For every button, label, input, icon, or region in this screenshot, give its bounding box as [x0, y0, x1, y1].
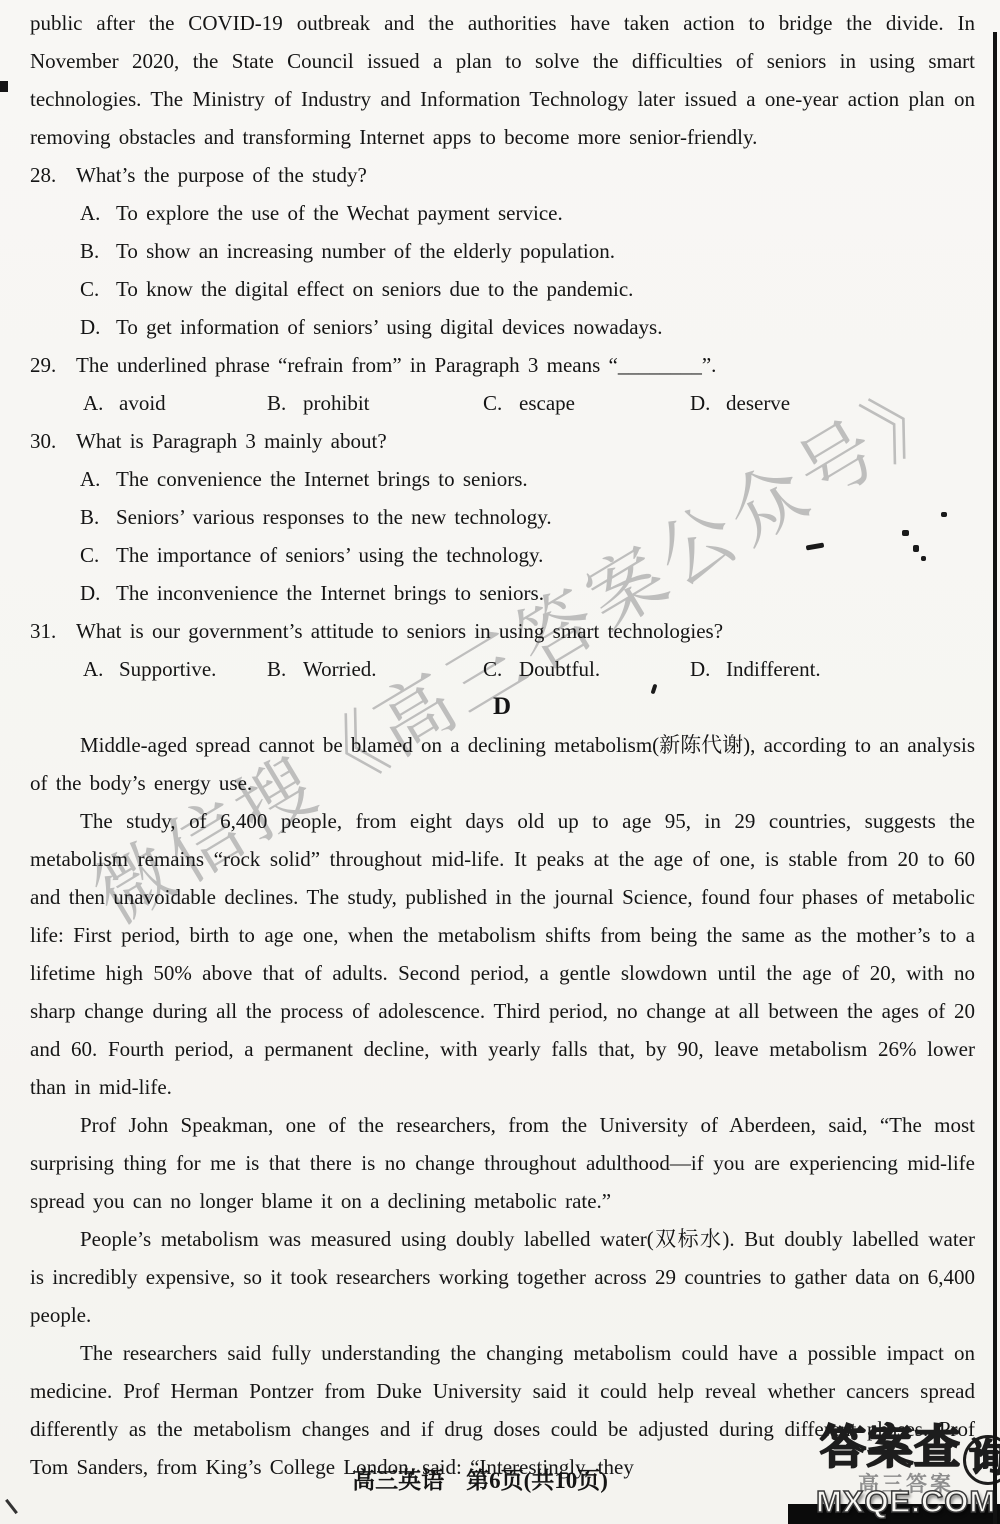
option-text: To show an increasing number of the elde… [116, 232, 615, 270]
option-28-a: A. To explore the use of the Wechat paym… [80, 194, 975, 232]
question-31: 31. What is our government’s attitude to… [30, 612, 975, 688]
option-28-b: B. To show an increasing number of the e… [80, 232, 975, 270]
option-label: B. [267, 650, 303, 688]
question-stem: The underlined phrase “refrain from” in … [76, 346, 975, 384]
option-29-c: C. escape [483, 384, 690, 422]
option-label: A. [80, 460, 116, 498]
option-30-b: B. Seniors’ various responses to the new… [80, 498, 975, 536]
option-text: To get information of seniors’ using dig… [116, 308, 662, 346]
option-31-d: D. Indifferent. [690, 650, 821, 688]
option-29-a: A. avoid [83, 384, 267, 422]
scan-speck [921, 556, 926, 561]
exam-page: 微信搜《高三答案公众号》 public after the COVID-19 o… [0, 0, 1000, 1524]
option-label: A. [80, 194, 116, 232]
option-label: B. [80, 232, 116, 270]
option-label: C. [483, 650, 519, 688]
option-29-d: D. deserve [690, 384, 790, 422]
option-text: Doubtful. [519, 650, 600, 688]
option-text: avoid [119, 384, 166, 422]
option-30-a: A. The convenience the Internet brings t… [80, 460, 975, 498]
option-label: A. [83, 384, 119, 422]
option-text: Worried. [303, 650, 377, 688]
passage-d-paragraph-4: People’s metabolism was measured using d… [30, 1220, 975, 1334]
option-label: C. [80, 270, 116, 308]
question-number: 29. [30, 346, 76, 384]
option-label: C. [483, 384, 519, 422]
option-text: To explore the use of the Wechat payment… [116, 194, 563, 232]
option-28-d: D. To get information of seniors’ using … [80, 308, 975, 346]
footer-page-info: 第6页(共10页) [466, 1468, 608, 1493]
passage-d-paragraph-1: Middle-aged spread cannot be blamed on a… [30, 726, 975, 802]
footer-course: 高三英语 [352, 1468, 444, 1493]
option-30-d: D. The inconvenience the Internet brings… [80, 574, 975, 612]
corner-watermark-text: 答案查 [820, 1422, 961, 1473]
option-text: escape [519, 384, 575, 422]
question-stem: What is Paragraph 3 mainly about? [76, 422, 975, 460]
option-text: Seniors’ various responses to the new te… [116, 498, 552, 536]
option-label: D. [690, 650, 726, 688]
option-30-c: C. The importance of seniors’ using the … [80, 536, 975, 574]
question-29: 29. The underlined phrase “refrain from”… [30, 346, 975, 422]
option-29-b: B. prohibit [267, 384, 483, 422]
option-text: Indifferent. [726, 650, 821, 688]
scan-bottomleft-mark [5, 1499, 18, 1514]
question-30: 30. What is Paragraph 3 mainly about? A.… [30, 422, 975, 612]
page-content: public after the COVID-19 outbreak and t… [30, 4, 975, 1486]
option-text: The convenience the Internet brings to s… [116, 460, 528, 498]
question-number: 30. [30, 422, 76, 460]
scan-speck [902, 530, 909, 536]
passage-c-continuation: public after the COVID-19 outbreak and t… [30, 4, 975, 156]
option-label: A. [83, 650, 119, 688]
option-text: Supportive. [119, 650, 216, 688]
option-text: To know the digital effect on seniors du… [116, 270, 633, 308]
scan-right-border [993, 32, 997, 1524]
question-stem: What’s the purpose of the study? [76, 156, 975, 194]
section-d-label: D [30, 688, 975, 726]
option-label: B. [80, 498, 116, 536]
option-text: The inconvenience the Internet brings to… [116, 574, 544, 612]
option-label: D. [690, 384, 726, 422]
question-28: 28. What’s the purpose of the study? A. … [30, 156, 975, 346]
site-watermark: MXQE.COM [816, 1484, 996, 1520]
option-31-c: C. Doubtful. [483, 650, 690, 688]
option-text: The importance of seniors’ using the tec… [116, 536, 543, 574]
question-stem: What is our government’s attitude to sen… [76, 612, 975, 650]
passage-d-paragraph-3: Prof John Speakman, one of the researche… [30, 1106, 975, 1220]
question-number: 28. [30, 156, 76, 194]
option-31-b: B. Worried. [267, 650, 483, 688]
scan-topleft-mark [0, 81, 8, 92]
option-label: C. [80, 536, 116, 574]
scan-speck [941, 512, 947, 517]
option-label: D. [80, 308, 116, 346]
scan-speck [913, 545, 919, 552]
passage-d-paragraph-2: The study, of 6,400 people, from eight d… [30, 802, 975, 1106]
option-text: deserve [726, 384, 790, 422]
question-number: 31. [30, 612, 76, 650]
option-31-a: A. Supportive. [83, 650, 267, 688]
option-text: prohibit [303, 384, 370, 422]
option-label: B. [267, 384, 303, 422]
option-label: D. [80, 574, 116, 612]
option-28-c: C. To know the digital effect on seniors… [80, 270, 975, 308]
